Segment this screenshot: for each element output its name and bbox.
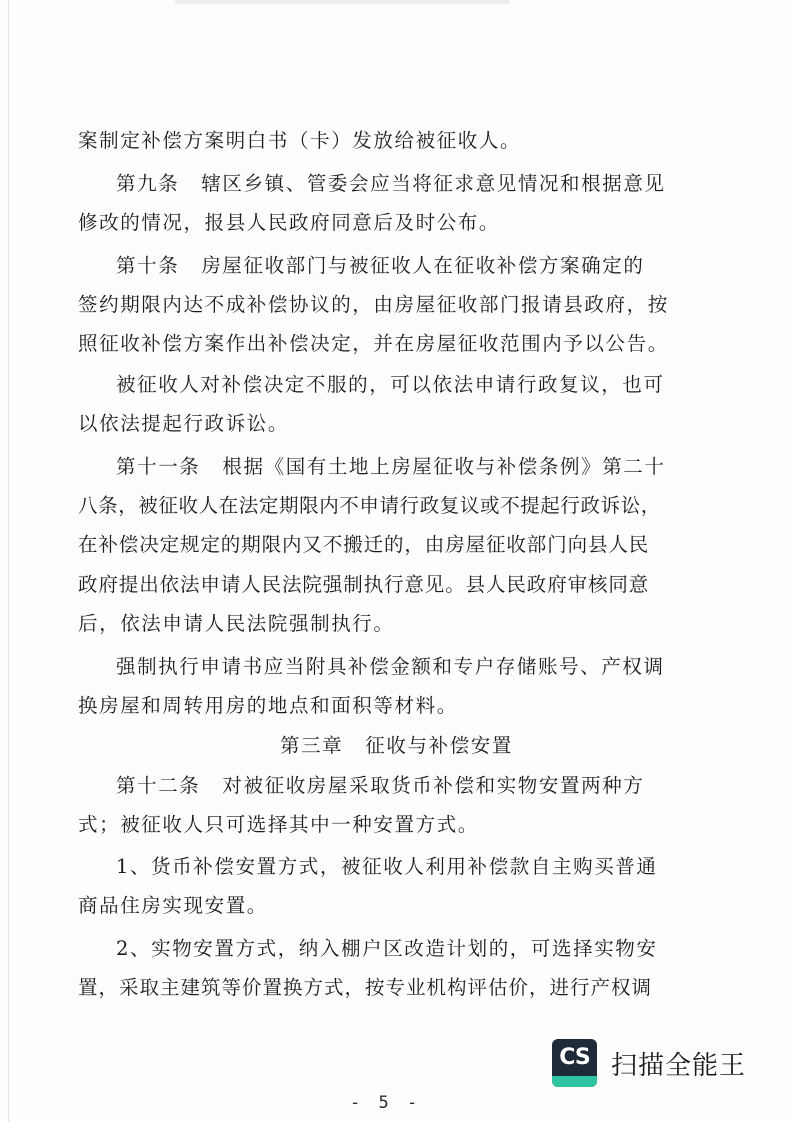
watermark-label: 扫描全能王 [611,1045,746,1082]
body-line: 后，依法申请人民法院强制执行。 [78,612,698,636]
article-10-line: 第十条房屋征收部门与被征收人在征收补偿方案确定的 [116,254,736,278]
body-line: 政府提出依法申请人民法院强制执行意见。县人民政府审核同意 [78,573,698,597]
article-label: 第十二条 [116,774,200,797]
scan-page-edge [8,0,9,1122]
chapter-heading: 第三章征收与补偿安置 [0,734,793,758]
paragraph-first-line: 被征收人对补偿决定不服的，可以依法申请行政复议，也可 [116,373,736,397]
body-line: 修改的情况，报县人民政府同意后及时公布。 [78,211,698,235]
article-text: 对被征收房屋采取货币补偿和实物安置两种方 [222,774,644,797]
body-line: 案制定补偿方案明白书（卡）发放给被征收人。 [78,129,698,153]
chapter-title: 征收与补偿安置 [365,734,513,757]
article-11-line: 第十一条根据《国有土地上房屋征收与补偿条例》第二十 [116,455,736,479]
camscanner-watermark: CS 扫描全能王 [552,1039,746,1087]
article-text: 辖区乡镇、管委会应当将征求意见情况和根据意见 [201,172,665,195]
logo-text: CS [552,1045,597,1070]
body-line: 置，采取主建筑等价置换方式，按专业机构评估价，进行产权调 [78,976,698,1000]
scan-top-edge [175,0,510,4]
page-number: - 5 - [350,1093,421,1113]
body-line: 照征收补偿方案作出补偿决定，并在房屋征收范围内予以公告。 [78,332,698,356]
paragraph-first-line: 强制执行申请书应当附具补偿金额和专户存储账号、产权调 [116,655,736,679]
list-item-1: 1、货币补偿安置方式，被征收人利用补偿款自主购买普通 [116,855,736,879]
body-line: 八条，被征收人在法定期限内不申请行政复议或不提起行政诉讼， [78,494,698,518]
body-line: 签约期限内达不成补偿协议的，由房屋征收部门报请县政府，按 [78,293,698,317]
article-label: 第九条 [116,172,179,195]
article-9-line: 第九条辖区乡镇、管委会应当将征求意见情况和根据意见 [116,172,736,196]
article-text: 根据《国有土地上房屋征收与补偿条例》第二十 [222,455,665,478]
article-label: 第十一条 [116,455,200,478]
body-line: 商品住房实现安置。 [78,894,698,918]
article-text: 房屋征收部门与被征收人在征收补偿方案确定的 [201,254,644,277]
list-item-2: 2、实物安置方式，纳入棚户区改造计划的，可选择实物安 [116,937,736,961]
body-line: 以依法提起行政诉讼。 [78,412,698,436]
body-line: 换房屋和周转用房的地点和面积等材料。 [78,694,698,718]
article-12-line: 第十二条对被征收房屋采取货币补偿和实物安置两种方 [116,774,736,798]
body-line: 式；被征收人只可选择其中一种安置方式。 [78,813,698,837]
body-line: 在补偿决定规定的期限内又不搬迁的，由房屋征收部门向县人民 [78,533,698,557]
camscanner-logo-icon: CS [552,1039,597,1087]
article-label: 第十条 [116,254,179,277]
chapter-number: 第三章 [280,734,343,757]
logo-bar [552,1076,597,1087]
